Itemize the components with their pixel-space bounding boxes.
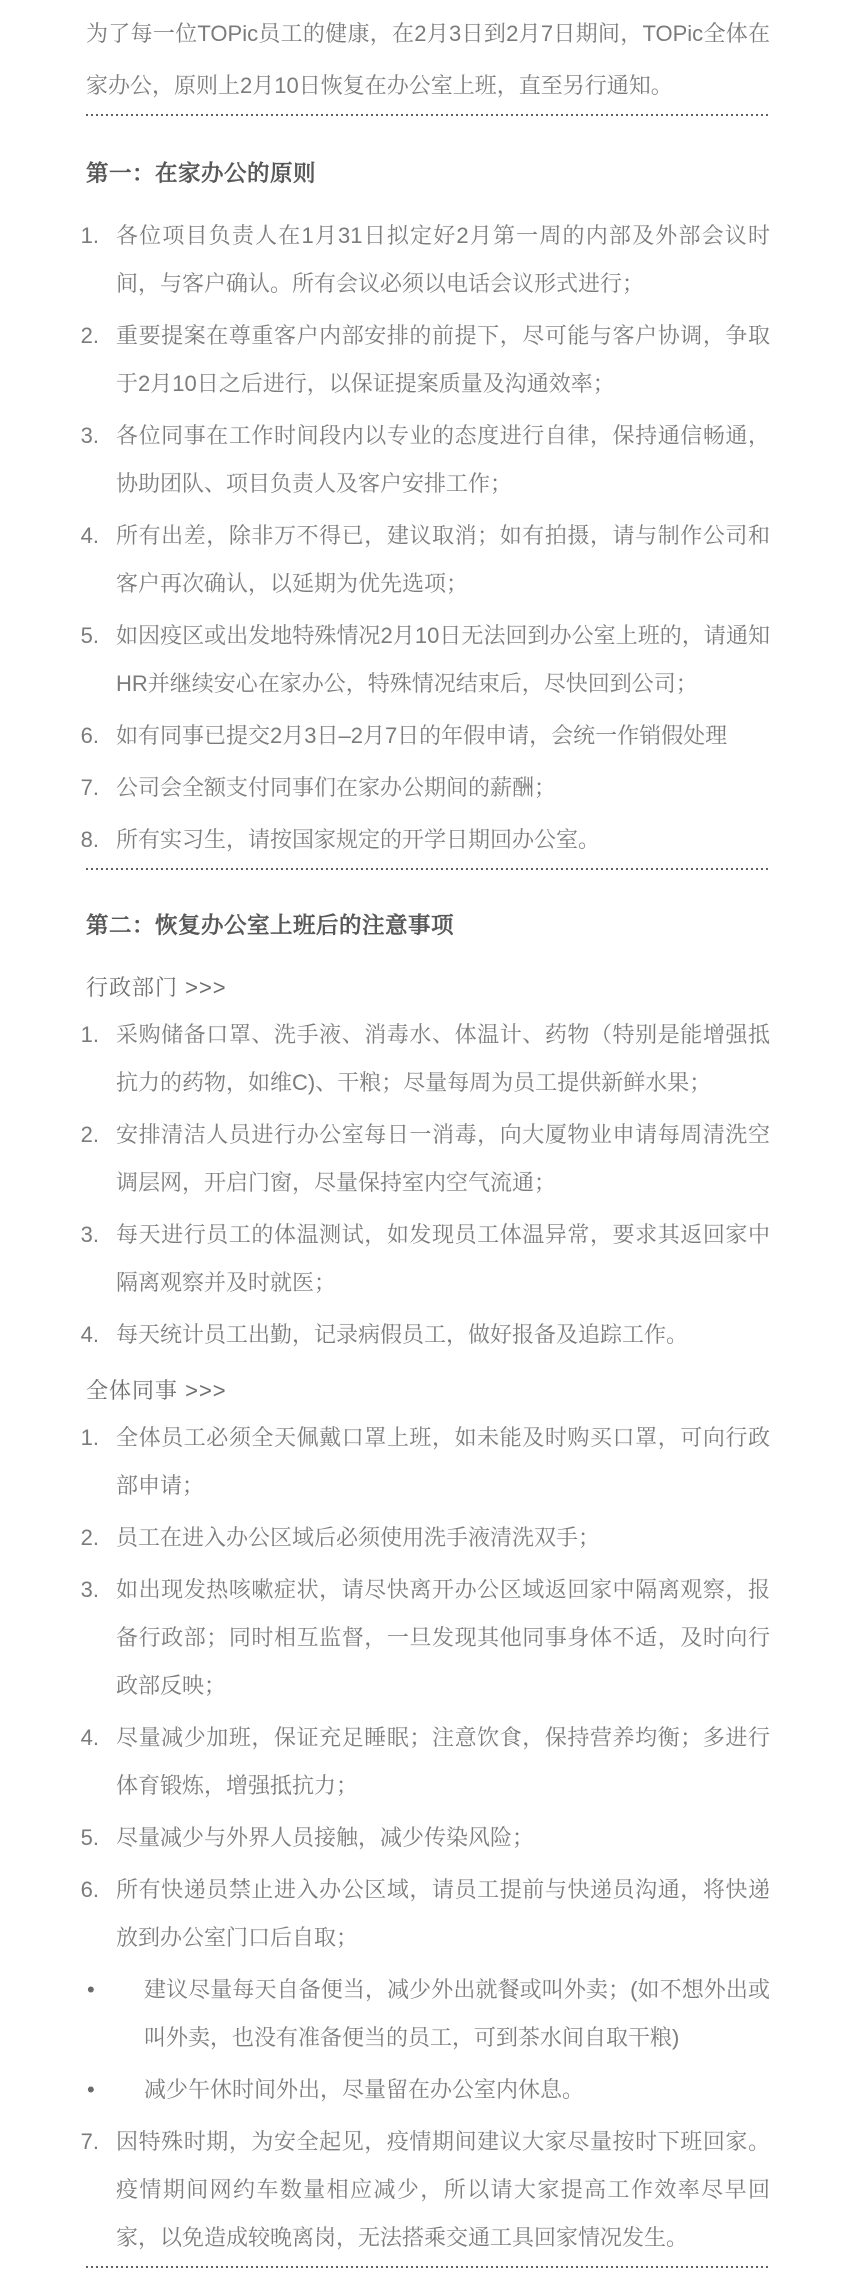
list-item: 1. 各位项目负责人在1月31日拟定好2月第一周的内部及外部会议时间，与客户确认…	[86, 212, 770, 308]
list-marker: 3.	[69, 1211, 99, 1307]
list-marker: 7.	[69, 2118, 99, 2262]
list-marker: 1.	[69, 1011, 99, 1107]
list-item-text: 每天进行员工的体温测试，如发现员工体温异常，要求其返回家中隔离观察并及时就医；	[99, 1211, 770, 1307]
section1-list: 1. 各位项目负责人在1月31日拟定好2月第一周的内部及外部会议时间，与客户确认…	[86, 212, 770, 864]
list-item: 4. 尽量减少加班，保证充足睡眠；注意饮食，保持营养均衡；多进行体育锻炼，增强抵…	[86, 1714, 770, 1810]
list-item-text: 建议尽量每天自备便当，减少外出就餐或叫外卖；(如不想外出或叫外卖，也没有准备便当…	[117, 1966, 770, 2062]
list-item: 5. 如因疫区或出发地特殊情况2月10日无法回到办公室上班的，请通知HR并继续安…	[86, 612, 770, 708]
list-item-text: 采购储备口罩、洗手液、消毒水、体温计、药物（特别是能增强抵抗力的药物，如维C)、…	[99, 1011, 770, 1107]
admin-list: 1. 采购储备口罩、洗手液、消毒水、体温计、药物（特别是能增强抵抗力的药物，如维…	[86, 1011, 770, 1359]
list-item-text: 如出现发热咳嗽症状，请尽快离开办公区域返回家中隔离观察，报备行政部；同时相互监督…	[99, 1566, 770, 1710]
all-staff-list: 1. 全体员工必须全天佩戴口罩上班，如未能及时购买口罩，可向行政部申请； 2. …	[86, 1414, 770, 2262]
list-marker: 2.	[69, 1111, 99, 1207]
list-marker: 7.	[69, 764, 99, 812]
list-item: 3. 每天进行员工的体温测试，如发现员工体温异常，要求其返回家中隔离观察并及时就…	[86, 1211, 770, 1307]
list-marker: 3.	[69, 1566, 99, 1710]
list-item-text: 所有快递员禁止进入办公区域，请员工提前与快递员沟通，将快递放到办公室门口后自取；	[99, 1866, 770, 1962]
list-marker: 2.	[69, 1514, 99, 1562]
list-marker: 6.	[69, 712, 99, 760]
list-marker: 3.	[69, 412, 99, 508]
all-staff-subheading: 全体同事 >>>	[86, 1376, 770, 1406]
list-item-text: 所有出差，除非万不得已，建议取消；如有拍摄，请与制作公司和客户再次确认，以延期为…	[99, 512, 770, 608]
bullet-list-item: • 建议尽量每天自备便当，减少外出就餐或叫外卖；(如不想外出或叫外卖，也没有准备…	[86, 1966, 770, 2062]
list-item: 7. 公司会全额支付同事们在家办公期间的薪酬；	[86, 764, 770, 812]
list-item: 4. 所有出差，除非万不得已，建议取消；如有拍摄，请与制作公司和客户再次确认，以…	[86, 512, 770, 608]
list-item-text: 尽量减少与外界人员接触，减少传染风险；	[99, 1814, 770, 1862]
list-item-text: 重要提案在尊重客户内部安排的前提下，尽可能与客户协调，争取于2月10日之后进行，…	[99, 312, 770, 408]
bullet-icon: •	[69, 2066, 117, 2114]
list-item: 4. 每天统计员工出勤，记录病假员工，做好报备及追踪工作。	[86, 1311, 770, 1359]
list-item: 3. 各位同事在工作时间段内以专业的态度进行自律，保持通信畅通，协助团队、项目负…	[86, 412, 770, 508]
list-item-text: 如有同事已提交2月3日–2月7日的年假申请，会统一作销假处理	[99, 712, 770, 760]
list-marker: 4.	[69, 1714, 99, 1810]
list-item: 5. 尽量减少与外界人员接触，减少传染风险；	[86, 1814, 770, 1862]
bullet-icon: •	[69, 1966, 117, 2062]
list-item: 6. 所有快递员禁止进入办公区域，请员工提前与快递员沟通，将快递放到办公室门口后…	[86, 1866, 770, 1962]
list-item-text: 因特殊时期，为安全起见，疫情期间建议大家尽量按时下班回家。疫情期间网约车数量相应…	[99, 2118, 770, 2262]
list-marker: 5.	[69, 1814, 99, 1862]
list-item: 1. 全体员工必须全天佩戴口罩上班，如未能及时购买口罩，可向行政部申请；	[86, 1414, 770, 1510]
list-item-text: 如因疫区或出发地特殊情况2月10日无法回到办公室上班的，请通知HR并继续安心在家…	[99, 612, 770, 708]
list-marker: 1.	[69, 212, 99, 308]
list-item-text: 各位同事在工作时间段内以专业的态度进行自律，保持通信畅通，协助团队、项目负责人及…	[99, 412, 770, 508]
list-item-text: 每天统计员工出勤，记录病假员工，做好报备及追踪工作。	[99, 1311, 770, 1359]
list-marker: 5.	[69, 612, 99, 708]
bullet-list-item: • 减少午休时间外出，尽量留在办公室内休息。	[86, 2066, 770, 2114]
list-marker: 2.	[69, 312, 99, 408]
dotted-divider	[86, 2266, 770, 2268]
list-item-text: 员工在进入办公区域后必须使用洗手液清洗双手；	[99, 1514, 770, 1562]
list-item-text: 尽量减少加班，保证充足睡眠；注意饮食，保持营养均衡；多进行体育锻炼，增强抵抗力；	[99, 1714, 770, 1810]
list-item-text: 安排清洁人员进行办公室每日一消毒，向大厦物业申请每周清洗空调层网，开启门窗，尽量…	[99, 1111, 770, 1207]
list-marker: 1.	[69, 1414, 99, 1510]
admin-subheading: 行政部门 >>>	[86, 973, 770, 1003]
list-item: 2. 员工在进入办公区域后必须使用洗手液清洗双手；	[86, 1514, 770, 1562]
notice-document: 为了每一位TOPic员工的健康，在2月3日到2月7日期间，TOPic全体在家办公…	[0, 0, 856, 2271]
list-item-text: 减少午休时间外出，尽量留在办公室内休息。	[117, 2066, 770, 2114]
list-marker: 4.	[69, 512, 99, 608]
list-item-text: 各位项目负责人在1月31日拟定好2月第一周的内部及外部会议时间，与客户确认。所有…	[99, 212, 770, 308]
list-marker: 6.	[69, 1866, 99, 1962]
list-item: 1. 采购储备口罩、洗手液、消毒水、体温计、药物（特别是能增强抵抗力的药物，如维…	[86, 1011, 770, 1107]
list-marker: 8.	[69, 816, 99, 864]
list-item-text: 公司会全额支付同事们在家办公期间的薪酬；	[99, 764, 770, 812]
section1-heading: 第一：在家办公的原则	[86, 158, 770, 190]
intro-paragraph: 为了每一位TOPic员工的健康，在2月3日到2月7日期间，TOPic全体在家办公…	[86, 8, 770, 112]
dotted-divider	[86, 114, 770, 116]
list-item: 2. 安排清洁人员进行办公室每日一消毒，向大厦物业申请每周清洗空调层网，开启门窗…	[86, 1111, 770, 1207]
dotted-divider	[86, 868, 770, 870]
list-item: 8. 所有实习生，请按国家规定的开学日期回办公室。	[86, 816, 770, 864]
list-item: 2. 重要提案在尊重客户内部安排的前提下，尽可能与客户协调，争取于2月10日之后…	[86, 312, 770, 408]
list-item-text: 所有实习生，请按国家规定的开学日期回办公室。	[99, 816, 770, 864]
list-item-text: 全体员工必须全天佩戴口罩上班，如未能及时购买口罩，可向行政部申请；	[99, 1414, 770, 1510]
section2-heading: 第二：恢复办公室上班后的注意事项	[86, 910, 770, 942]
list-marker: 4.	[69, 1311, 99, 1359]
list-item: 7. 因特殊时期，为安全起见，疫情期间建议大家尽量按时下班回家。疫情期间网约车数…	[86, 2118, 770, 2262]
list-item: 6. 如有同事已提交2月3日–2月7日的年假申请，会统一作销假处理	[86, 712, 770, 760]
list-item: 3. 如出现发热咳嗽症状，请尽快离开办公区域返回家中隔离观察，报备行政部；同时相…	[86, 1566, 770, 1710]
